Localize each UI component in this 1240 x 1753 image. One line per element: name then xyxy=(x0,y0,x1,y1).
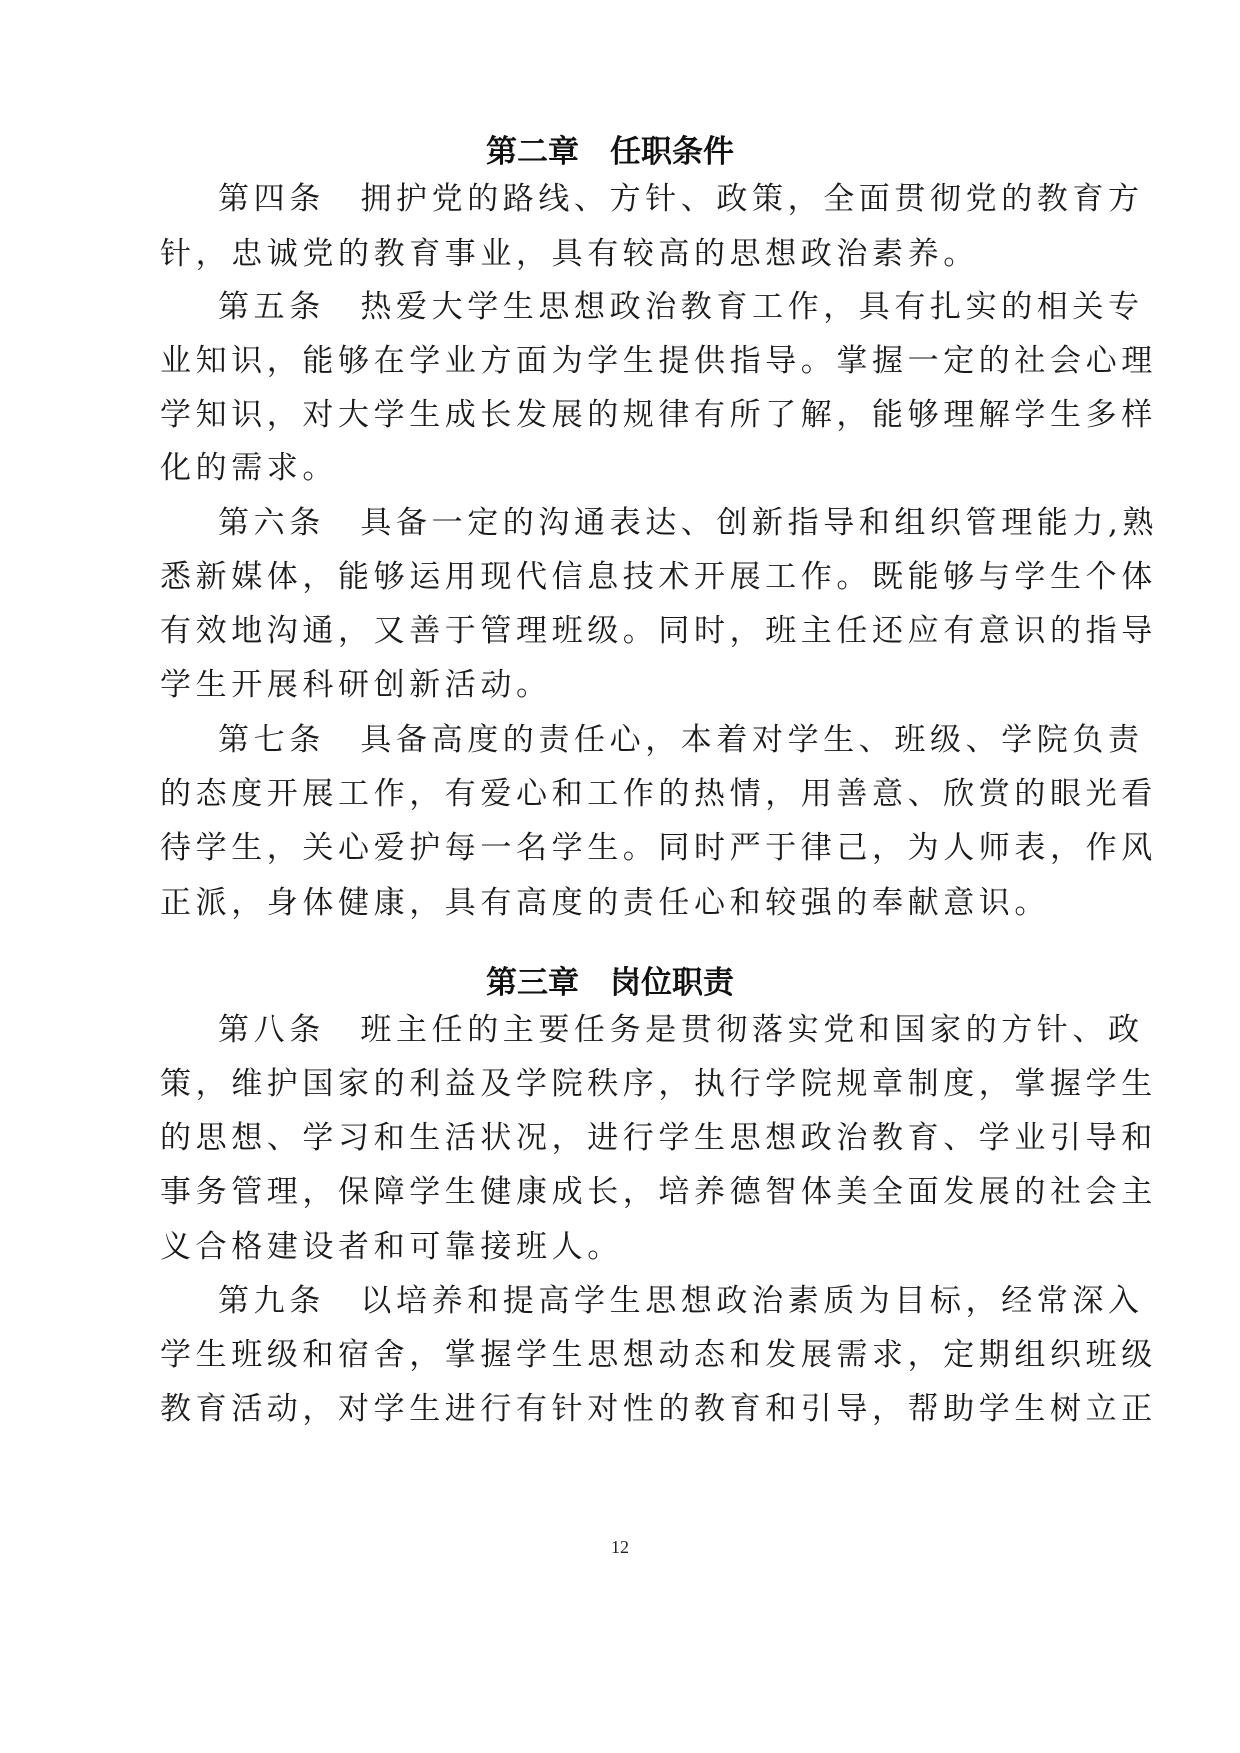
article-8-line-2: 策，维护国家的利益及学院秩序，执行学院规章制度，掌握学生 xyxy=(160,1062,1060,1106)
article-7-line-4: 正派，身体健康，具有高度的责任心和较强的奉献意识。 xyxy=(160,881,1060,925)
article-5-line-4: 化的需求。 xyxy=(160,446,1060,490)
article-6-line-1: 第六条 具备一定的沟通表达、创新指导和组织管理能力,熟 xyxy=(160,501,1060,545)
article-7-line-2: 的态度开展工作，有爱心和工作的热情，用善意、欣赏的眼光看 xyxy=(160,772,1060,816)
article-4-line-1: 第四条 拥护党的路线、方针、政策，全面贯彻党的教育方 xyxy=(160,177,1060,221)
article-9-line-1: 第九条 以培养和提高学生思想政治素质为目标，经常深入 xyxy=(160,1279,1060,1323)
article-8-line-5: 义合格建设者和可靠接班人。 xyxy=(160,1225,1060,1269)
article-8-line-1: 第八条 班主任的主要任务是贯彻落实党和国家的方针、政 xyxy=(160,1008,1060,1052)
document-page: 第二章 任职条件 第四条 拥护党的路线、方针、政策，全面贯彻党的教育方 针，忠诚… xyxy=(0,0,1240,1753)
article-6-line-4: 学生开展科研创新活动。 xyxy=(160,663,1060,707)
chapter-heading-3: 第三章 岗位职责 xyxy=(160,961,1060,1005)
article-9-line-3: 教育活动，对学生进行有针对性的教育和引导，帮助学生树立正 xyxy=(160,1387,1060,1431)
page-number: 12 xyxy=(0,1537,1240,1558)
article-5-line-1: 第五条 热爱大学生思想政治教育工作，具有扎实的相关专 xyxy=(160,285,1060,329)
article-6-line-3: 有效地沟通，又善于管理班级。同时，班主任还应有意识的指导 xyxy=(160,609,1060,653)
article-9-line-2: 学生班级和宿舍，掌握学生思想动态和发展需求，定期组织班级 xyxy=(160,1333,1060,1377)
article-4-line-2: 针，忠诚党的教育事业，具有较高的思想政治素养。 xyxy=(160,232,1060,276)
article-6-line-2: 悉新媒体，能够运用现代信息技术开展工作。既能够与学生个体 xyxy=(160,555,1060,599)
article-8-line-4: 事务管理，保障学生健康成长，培养德智体美全面发展的社会主 xyxy=(160,1170,1060,1214)
article-5-line-3: 学知识，对大学生成长发展的规律有所了解，能够理解学生多样 xyxy=(160,393,1060,437)
article-5-line-2: 业知识，能够在学业方面为学生提供指导。掌握一定的社会心理 xyxy=(160,339,1060,383)
article-8-line-3: 的思想、学习和生活状况，进行学生思想政治教育、学业引导和 xyxy=(160,1116,1060,1160)
chapter-heading-2: 第二章 任职条件 xyxy=(160,130,1060,174)
article-7-line-1: 第七条 具备高度的责任心，本着对学生、班级、学院负责 xyxy=(160,718,1060,762)
article-7-line-3: 待学生，关心爱护每一名学生。同时严于律己，为人师表，作风 xyxy=(160,826,1060,870)
